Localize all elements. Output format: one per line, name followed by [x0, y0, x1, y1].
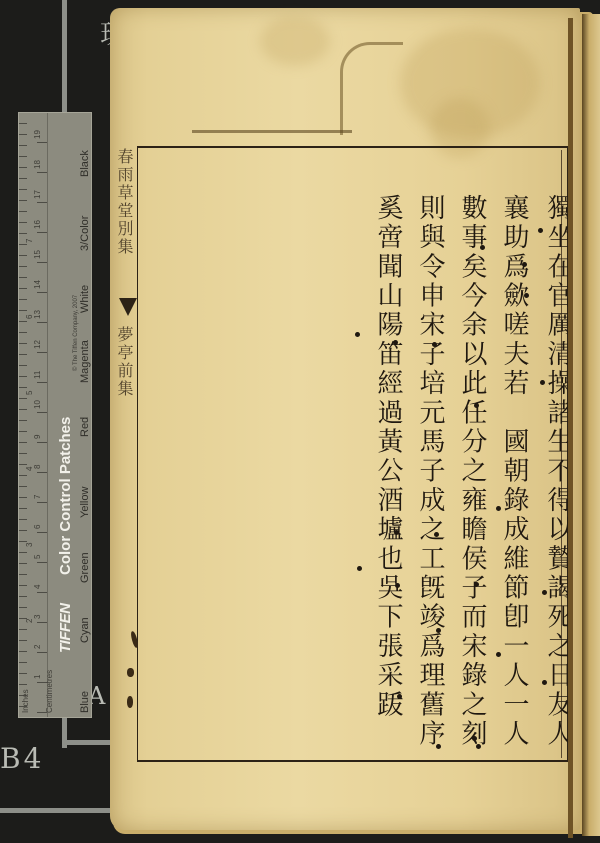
emphasis-dot	[524, 293, 529, 298]
patch-label-yellow: Yellow	[79, 487, 91, 518]
cm-tick-label: 19	[33, 130, 42, 139]
inch-tick-label: 5	[25, 391, 34, 395]
patch-label-3color: 3/Color	[79, 216, 91, 251]
ruler-unit-label: Inches	[21, 689, 30, 713]
patch-label-cyan: Cyan	[79, 617, 91, 643]
emphasis-dot	[542, 680, 547, 685]
page-leaf: 春雨草堂別集 夢亭前集 獨坐在官厲清操諸生不得以贄謁死之日友人 襄助爲歛嗟夫若 …	[110, 8, 580, 830]
cm-tick-label: 8	[33, 465, 42, 469]
inch-tick-label: 3	[25, 543, 34, 547]
patch-label-magenta: Magenta	[79, 340, 91, 383]
emphasis-dot	[542, 590, 547, 595]
paper-tear	[192, 130, 352, 133]
patch-label-green: Green	[79, 552, 91, 583]
emphasis-dot	[474, 403, 479, 408]
text-column-5: 奚啻聞山陽笛經過黃公酒壚也吳下張采䟦	[368, 194, 408, 720]
banxin-title: 春雨草堂別集	[114, 148, 136, 256]
book-page: 春雨草堂別集 夢亭前集 獨坐在官厲清操諸生不得以贄謁死之日友人 襄助爲歛嗟夫若 …	[110, 8, 600, 843]
strip-title: Color Control Patches	[57, 417, 74, 575]
patch-label-blue: Blue	[79, 691, 91, 713]
emphasis-dot	[496, 652, 501, 657]
emphasis-dot	[496, 506, 501, 511]
emphasis-dot	[480, 245, 485, 250]
cm-tick-label: 18	[33, 160, 42, 169]
copy-stand-guide-line	[0, 808, 112, 813]
inch-tick-label: 2	[25, 619, 34, 623]
tiffen-logo: TIFFEN	[57, 604, 74, 654]
cm-tick-label: 5	[33, 555, 42, 559]
ruler-unit-label: Centimetres	[45, 670, 54, 713]
emphasis-dot	[395, 583, 400, 588]
inch-tick-label: 4	[25, 467, 34, 471]
cm-tick-label: 4	[33, 585, 42, 589]
patch-label-black: Black	[79, 150, 91, 177]
emphasis-dot	[436, 628, 441, 633]
cm-tick-label: 9	[33, 435, 42, 439]
emphasis-dot	[394, 530, 399, 535]
emphasis-dot	[474, 582, 479, 587]
cm-tick-label: 6	[33, 525, 42, 529]
binding-edge	[568, 18, 573, 838]
ruler-ticks-cm	[19, 113, 47, 717]
copy-stand-mark: B4	[0, 742, 44, 775]
cm-tick-label: 17	[33, 190, 42, 199]
worm-hole	[127, 668, 134, 677]
copy-stand-guide-line	[62, 0, 67, 112]
emphasis-dot	[472, 736, 477, 741]
emphasis-dot	[540, 380, 545, 385]
fishtail-mark	[119, 298, 137, 316]
emphasis-dot	[522, 262, 527, 267]
patch-label-white: White	[79, 285, 91, 313]
inch-tick-label: 7	[25, 239, 34, 243]
emphasis-dot	[476, 744, 481, 749]
cm-tick-label: 16	[33, 220, 42, 229]
cm-tick-label: 10	[33, 400, 42, 409]
ruler	[19, 113, 48, 717]
emphasis-dot	[357, 566, 362, 571]
text-column-4: 則與令申宋子培元馬子成之工旣竣爲理舊序	[410, 194, 450, 749]
cm-tick-label: 2	[33, 645, 42, 649]
emphasis-dot	[538, 228, 543, 233]
text-column-3: 數事矣今余以此任分之雍瞻侯子而宋錄之刻	[452, 194, 492, 749]
cm-tick-label: 1	[33, 675, 42, 679]
emphasis-dot	[393, 340, 398, 345]
cm-tick-label: 14	[33, 280, 42, 289]
inch-tick-label: 6	[25, 315, 34, 319]
paper-tear	[340, 42, 403, 135]
cm-tick-label: 11	[33, 371, 42, 379]
banxin-subtitle: 夢亭前集	[114, 326, 136, 398]
color-control-strip: Inches Centimetres 1 2 3 4 5 6 7 8 9 10 …	[18, 112, 92, 718]
cm-tick-label: 3	[33, 615, 42, 619]
emphasis-dot	[432, 342, 437, 347]
adjacent-leaf-edge	[582, 14, 600, 836]
cm-tick-label: 12	[33, 340, 42, 349]
cm-tick-label: 15	[33, 250, 42, 259]
cm-tick-label: 13	[33, 310, 42, 319]
emphasis-dot	[436, 744, 441, 749]
worm-hole	[127, 696, 133, 708]
text-column-2: 襄助爲歛嗟夫若 國朝錄成維節卽一人一人	[494, 194, 534, 749]
copy-stand-guide-line	[62, 740, 112, 745]
water-stain	[260, 16, 330, 66]
patch-label-red: Red	[79, 417, 91, 437]
emphasis-dot	[355, 332, 360, 337]
emphasis-dot	[434, 532, 439, 537]
cm-tick-label: 7	[33, 495, 42, 499]
emphasis-dot	[397, 694, 402, 699]
